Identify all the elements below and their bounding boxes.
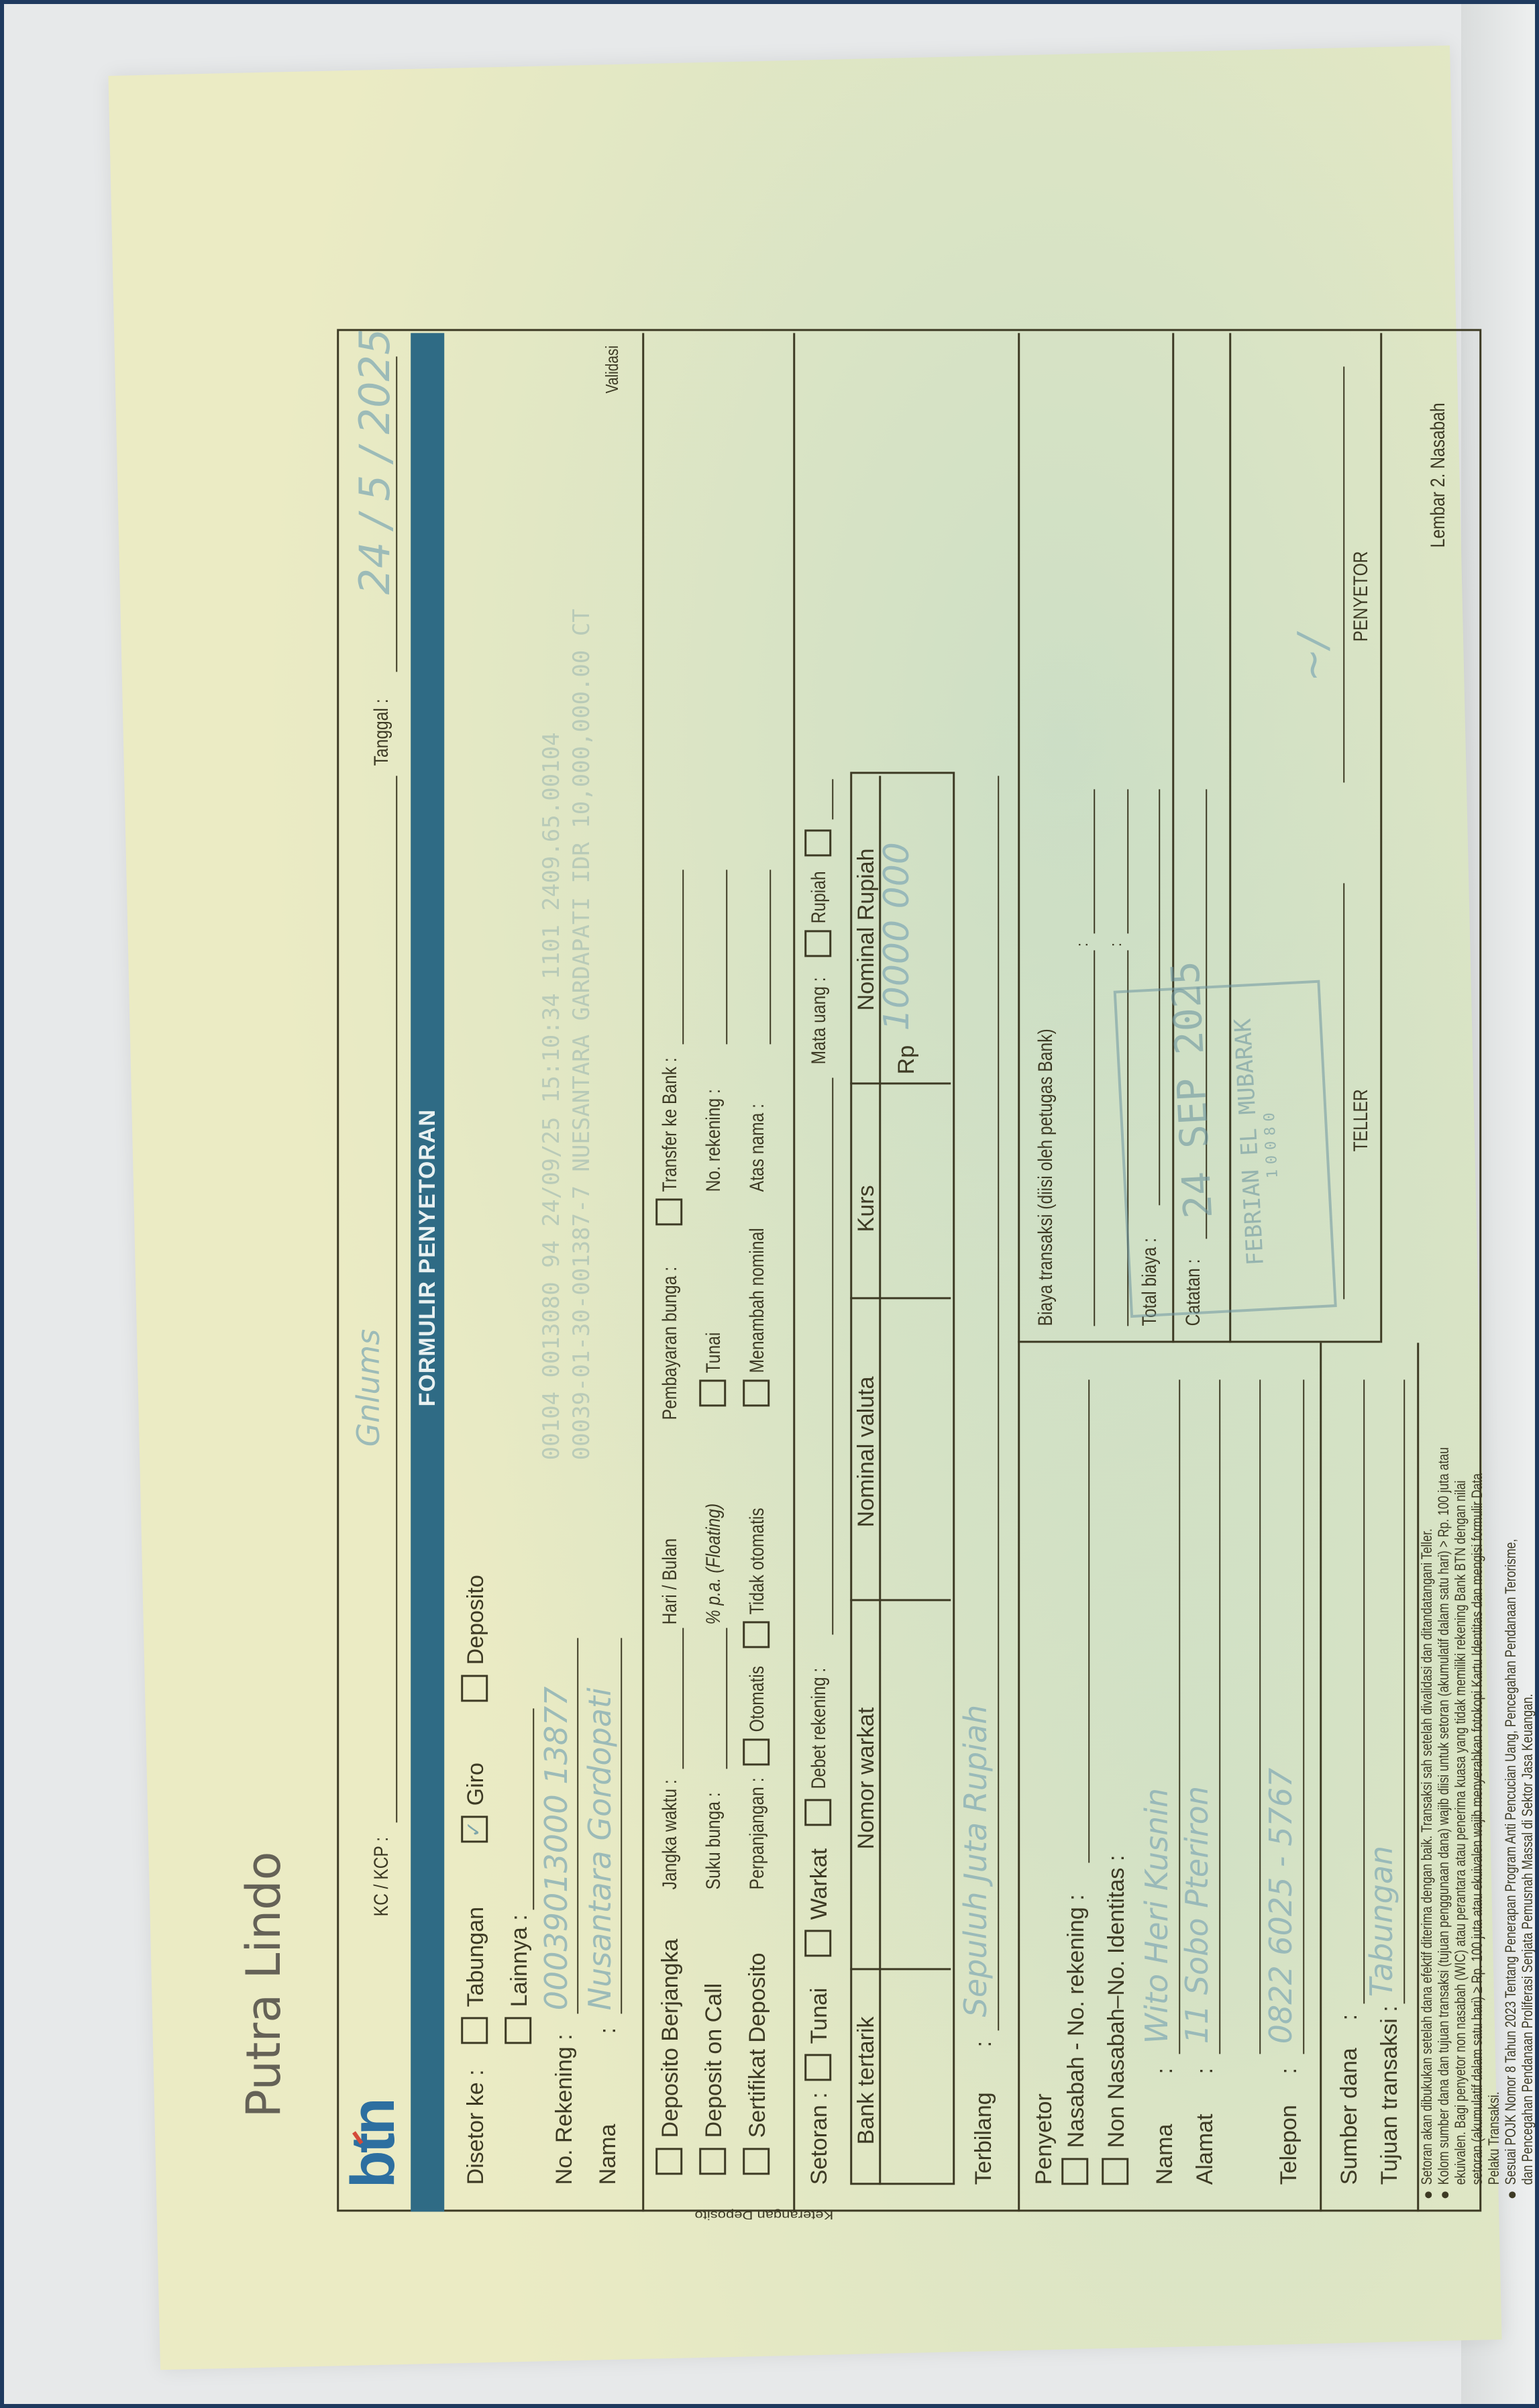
jangka-waktu-unit: Hari / Bulan xyxy=(659,1538,682,1625)
tujuan-transaksi-label: Tujuan transaksi : xyxy=(1377,2005,1403,2185)
header-bank-tertarik: Bank tertarik xyxy=(853,2016,880,2144)
keterangan-deposito-side-label: Keterangan Deposito xyxy=(706,2208,833,2222)
header-nominal-valuta: Nominal valuta xyxy=(853,1376,880,1527)
teller-stamp xyxy=(1114,980,1337,1318)
suku-bunga-field[interactable] xyxy=(726,1628,727,1769)
checkbox-tabungan[interactable] xyxy=(461,2017,488,2044)
tidak-otomatis-label: Tidak otomatis xyxy=(746,1508,769,1614)
option-lainnya: Lainnya : xyxy=(507,1914,533,2007)
penyetor-signature: ~/ xyxy=(1289,635,1336,682)
terbilang-colon: : xyxy=(971,2041,997,2047)
jangka-waktu-field[interactable] xyxy=(682,1628,684,1769)
checkbox-deposito[interactable] xyxy=(461,1675,488,1702)
pembayaran-tunai-label: Tunai xyxy=(702,1332,725,1373)
note-line: Setoran akan dibukukan setelah dana efek… xyxy=(1418,1528,1436,2185)
penyetor-nama-label: Nama xyxy=(1152,2124,1178,2185)
pembayaran-bunga-label: Pembayaran bunga : xyxy=(659,1267,682,1420)
penyetor-nama-value: Wito Heri Kusnin xyxy=(1138,1788,1175,2044)
kc-kcp-field[interactable] xyxy=(396,776,397,1822)
checkbox-deposit-on-call[interactable] xyxy=(699,2148,726,2175)
checkbox-giro-checked[interactable]: ✓ xyxy=(461,1816,488,1842)
menambah-nominal-label: Menambah nominal xyxy=(746,1228,769,1373)
sumber-dana-label: Sumber dana xyxy=(1336,2048,1363,2185)
tujuan-transaksi-value: Tabungan xyxy=(1363,1846,1399,1997)
checkbox-setoran-tunai[interactable] xyxy=(804,2054,831,2081)
rupiah-currency: Rp xyxy=(894,1045,920,1074)
deposito-berjangka-label: Deposito Berjangka xyxy=(657,1939,684,2138)
setoran-tunai-label: Tunai xyxy=(806,1988,833,2044)
penyetor-alamat-label: Alamat xyxy=(1192,2114,1218,2185)
deposit-on-call-label: Deposit on Call xyxy=(701,1983,727,2138)
checkbox-nasabah[interactable] xyxy=(1061,2158,1088,2185)
checkbox-menambah-nominal[interactable] xyxy=(743,1379,769,1406)
mata-uang-label: Mata uang : xyxy=(808,977,831,1064)
teller-signature-line[interactable] xyxy=(1343,883,1344,1299)
deposito-no-rekening-field[interactable] xyxy=(726,870,727,1044)
tujuan-transaksi-field[interactable] xyxy=(1403,1379,1405,2003)
note-line: dan Pencegahan Pendanaan Proliferasi Sen… xyxy=(1519,1693,1536,2185)
checkbox-setoran-warkat[interactable] xyxy=(804,1930,831,1956)
header-kurs: Kurs xyxy=(853,1185,880,1232)
checkbox-pembayaran-tunai[interactable] xyxy=(699,1379,726,1406)
setoran-label: Setoran : xyxy=(806,2092,833,2185)
biaya-transaksi-title: Biaya transaksi (diisi oleh petugas Bank… xyxy=(1034,1029,1057,1326)
kc-kcp-label: KC / KCP : xyxy=(370,1837,393,1916)
option-giro: Giro xyxy=(463,1763,489,1805)
table-col-divider xyxy=(850,1968,951,1970)
penyetor-title: Penyetor xyxy=(1031,2093,1057,2185)
divider xyxy=(1320,1343,1322,2211)
jangka-waktu-label: Jangka waktu : xyxy=(659,1779,682,1889)
colon: : xyxy=(1336,2014,1363,2020)
nasabah-label: Nasabah - No. rekening : xyxy=(1063,1894,1090,2148)
penyetor-telepon-value: 0822 6025 - 5767 xyxy=(1263,1768,1299,2044)
note-line: Kolom sumber dana dan tujuan transaksi (… xyxy=(1435,1447,1452,2185)
checkbox-deposito-berjangka[interactable] xyxy=(655,2148,682,2175)
penyetor-alamat-field-2[interactable] xyxy=(1259,1379,1261,2054)
other-currency-field[interactable] xyxy=(832,779,833,819)
option-tabungan: Tabungan xyxy=(463,1907,489,2007)
validation-line-2: 00039-01-30-001387-7 NUESANTARA GARDAPAT… xyxy=(568,609,595,1460)
penyetor-telepon-field[interactable] xyxy=(1303,1379,1304,2054)
kc-kcp-value: Gnlums xyxy=(350,1329,386,1447)
penyetor-alamat-field[interactable] xyxy=(1219,1379,1220,2054)
nama-field[interactable] xyxy=(621,1638,622,2013)
atas-nama-label: Atas nama : xyxy=(746,1104,769,1192)
sertifikat-deposito-label: Sertifikat Deposito xyxy=(745,1952,771,2138)
transfer-ke-bank-field[interactable] xyxy=(682,870,684,1044)
table-col-divider xyxy=(850,1297,951,1299)
disetor-ke-label: Disetor ke : xyxy=(463,2069,489,2185)
no-rekening-label: No. Rekening : xyxy=(551,2034,578,2185)
deposito-no-rekening-label: No. rekening : xyxy=(702,1089,725,1192)
perpanjangan-label: Perpanjangan : xyxy=(746,1777,769,1889)
debet-rekening-field[interactable] xyxy=(832,1078,833,1634)
no-rekening-field[interactable] xyxy=(577,1638,578,2013)
rupiah-label: Rupiah xyxy=(808,871,831,923)
penyetor-telepon-label: Telepon xyxy=(1276,2105,1302,2185)
checkbox-sertifikat-deposito[interactable] xyxy=(743,2148,769,2175)
note-line: Sesuai POJK Nomor 8 Tahun 2023 Tentang P… xyxy=(1502,1539,1520,2185)
checkbox-other-currency[interactable] xyxy=(804,829,831,856)
suku-bunga-label: Suku bunga : xyxy=(702,1792,725,1889)
note-line: Pelaku Transaksi. xyxy=(1485,2091,1503,2185)
nama-label: Nama xyxy=(595,2124,621,2185)
no-rekening-value: 00039013000 13877 xyxy=(538,1686,574,2010)
divider xyxy=(642,333,644,2211)
checkbox-transfer-ke-bank[interactable] xyxy=(655,1198,682,1225)
validasi-label: Validasi xyxy=(602,346,623,393)
divider xyxy=(1380,333,1382,1343)
penyetor-signature-label: PENYETOR xyxy=(1350,551,1373,641)
otomatis-label: Otomatis xyxy=(746,1666,769,1732)
suku-bunga-unit: % p.a. (Floating) xyxy=(702,1504,725,1624)
tanggal-label: Tanggal : xyxy=(370,698,393,766)
colon: : xyxy=(1152,2068,1178,2074)
checkbox-tidak-otomatis[interactable] xyxy=(743,1621,769,1648)
checkbox-debet-rekening[interactable] xyxy=(804,1799,831,1826)
nama-colon: : xyxy=(595,2028,621,2034)
section-divider xyxy=(1018,1341,1380,1343)
nominal-rupiah-value: 10000 000 xyxy=(877,842,917,1031)
note-bullet-icon xyxy=(1509,2191,1516,2198)
btn-logo: btn xyxy=(338,2100,409,2188)
sheet-label: Lembar 2. Nasabah xyxy=(1427,403,1450,547)
checkbox-non-nasabah[interactable] xyxy=(1102,2158,1128,2185)
nasabah-no-rekening-field[interactable] xyxy=(1088,1379,1090,1863)
terbilang-field[interactable] xyxy=(998,776,999,2030)
divider xyxy=(1018,333,1020,2211)
transfer-ke-bank-label: Transfer ke Bank : xyxy=(659,1057,682,1192)
formulir-penyetoran: Putra Lindo btn KC / KCP : Gnlums Tangga… xyxy=(337,306,1491,2238)
lainnya-field[interactable] xyxy=(533,1708,534,1909)
colon: : xyxy=(1107,943,1126,947)
table-col-divider xyxy=(850,1082,951,1084)
colon: : xyxy=(1073,943,1092,947)
note-line: ekuivalen. Bagi penyetor non nasabah (WI… xyxy=(1452,1481,1469,2185)
note-bullet-icon xyxy=(1442,2191,1448,2198)
header-nomor-warkat: Nomor warkat xyxy=(853,1708,880,1850)
terbilang-label: Terbilang xyxy=(971,2092,997,2185)
note-bullet-icon xyxy=(1425,2191,1432,2198)
note-line: setoran (akumulatif dalam satu hari) ≥ R… xyxy=(1469,1473,1486,2185)
debet-rekening-label: Debet rekening : xyxy=(808,1668,831,1789)
setoran-warkat-label: Warkat xyxy=(806,1848,833,1920)
validation-line-1: 00104 0013080 94 24/09/25 15:10:34 1101 … xyxy=(538,732,565,1460)
non-nasabah-label: Non Nasabah–No. Identitas : xyxy=(1104,1855,1130,2148)
table-col-divider xyxy=(850,1599,951,1601)
form-title: FORMULIR PENYETORAN xyxy=(415,1109,441,1406)
checkbox-otomatis[interactable] xyxy=(743,1738,769,1765)
terbilang-value: Sepuluh Juta Rupiah xyxy=(957,1705,994,2018)
biaya-field-1b[interactable] xyxy=(1094,789,1095,933)
teller-label: TELLER xyxy=(1350,1089,1373,1151)
checkbox-lainnya[interactable] xyxy=(505,2017,531,2044)
handwritten-header: Putra Lindo xyxy=(236,1852,291,2118)
penyetor-signature-line[interactable] xyxy=(1343,366,1344,782)
nama-value: Nusantara Gordopati xyxy=(582,1687,618,2010)
header-nominal-rupiah: Nominal Rupiah xyxy=(853,848,880,1010)
colon: : xyxy=(1192,2068,1218,2074)
checkbox-rupiah[interactable] xyxy=(804,930,831,957)
penyetor-alamat-value: 11 Sobo Pteriron xyxy=(1179,1786,1215,2044)
tanggal-value: 24 / 5 / 2025 xyxy=(350,329,399,595)
deposit-slip-paper: Putra Lindo btn KC / KCP : Gnlums Tangga… xyxy=(108,46,1501,2370)
biaya-field-1a[interactable] xyxy=(1094,950,1095,1326)
option-deposito: Deposito xyxy=(463,1575,489,1665)
biaya-field-2b[interactable] xyxy=(1127,789,1128,933)
colon: : xyxy=(1276,2068,1302,2074)
atas-nama-field[interactable] xyxy=(769,870,771,1044)
divider xyxy=(793,333,795,2211)
